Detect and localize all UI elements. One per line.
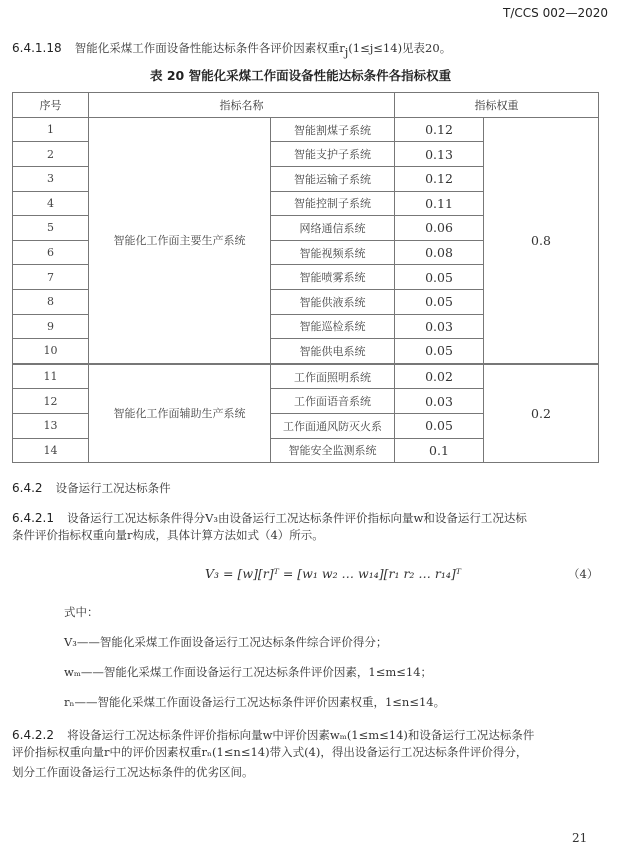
group-weight: 0.8 — [484, 117, 599, 363]
table-row: 11 智能化工作面辅助生产系统 工作面照明系统 0.02 0.2 — [13, 364, 599, 389]
row-seq: 6 — [13, 240, 89, 265]
row-subsystem: 工作面照明系统 — [271, 364, 395, 389]
row-seq: 8 — [13, 289, 89, 314]
row-weight: 0.06 — [395, 216, 484, 241]
row-subsystem: 工作面语音系统 — [271, 389, 395, 414]
row-seq: 7 — [13, 265, 89, 290]
table-row: 1 智能化工作面主要生产系统 智能割煤子系统 0.12 0.8 — [13, 117, 599, 142]
row-weight: 0.13 — [395, 142, 484, 167]
where-item: V₃——智能化采煤工作面设备运行工况达标条件综合评价得分； — [64, 634, 387, 650]
row-seq: 4 — [13, 191, 89, 216]
row-seq: 9 — [13, 314, 89, 339]
row-weight: 0.12 — [395, 117, 484, 142]
row-weight: 0.03 — [395, 314, 484, 339]
clause-text: 智能化采煤工作面设备性能达标条件各评价因素权重r — [75, 41, 345, 55]
row-subsystem: 智能视频系统 — [271, 240, 395, 265]
row-seq: 14 — [13, 438, 89, 463]
row-seq: 3 — [13, 166, 89, 191]
row-weight: 0.05 — [395, 289, 484, 314]
clause-title: 设备运行工况达标条件 — [56, 481, 171, 495]
document-id: T/CCS 002—2020 — [503, 6, 608, 20]
clause-6-4-2-1: 6.4.2.1 设备运行工况达标条件得分V₃由设备运行工况达标条件评价指标向量w… — [12, 507, 527, 526]
row-seq: 5 — [13, 216, 89, 241]
clause-line-2: 条件评价指标权重向量r构成，具体计算方法如式（4）所示。 — [12, 527, 324, 543]
group-name: 智能化工作面辅助生产系统 — [89, 364, 271, 463]
row-weight: 0.11 — [395, 191, 484, 216]
row-weight: 0.05 — [395, 339, 484, 364]
row-subsystem: 智能割煤子系统 — [271, 117, 395, 142]
row-weight: 0.08 — [395, 240, 484, 265]
row-subsystem: 智能安全监测系统 — [271, 438, 395, 463]
row-subsystem: 智能供电系统 — [271, 339, 395, 364]
clause-number: 6.4.2.1 — [12, 511, 54, 525]
clause-number: 6.4.2.2 — [12, 728, 54, 742]
clause-number: 6.4.2 — [12, 481, 43, 495]
row-subsystem: 智能巡检系统 — [271, 314, 395, 339]
row-weight: 0.02 — [395, 364, 484, 389]
row-weight: 0.1 — [395, 438, 484, 463]
row-seq: 12 — [13, 389, 89, 414]
clause-line-1: 将设备运行工况达标条件评价指标向量w中评价因素wₘ(1≤m≤14)和设备运行工况… — [67, 728, 534, 742]
row-subsystem: 智能控制子系统 — [271, 191, 395, 216]
where-title: 式中： — [64, 604, 99, 620]
table-header-row: 序号 指标名称 指标权重 — [13, 93, 599, 118]
clause-6-4-1-18: 6.4.1.18 智能化采煤工作面设备性能达标条件各评价因素权重rj(1≤j≤1… — [12, 37, 451, 59]
clause-line-1: 设备运行工况达标条件得分V₃由设备运行工况达标条件评价指标向量w和设备运行工况达… — [67, 511, 527, 525]
clause-text-after: (1≤j≤14)见表20。 — [348, 41, 451, 55]
where-item: rₙ——智能化采煤工作面设备运行工况达标条件评价因素权重，1≤n≤14。 — [64, 694, 445, 710]
row-subsystem: 网络通信系统 — [271, 216, 395, 241]
row-weight: 0.05 — [395, 265, 484, 290]
page-number: 21 — [572, 831, 587, 845]
row-subsystem: 智能供液系统 — [271, 289, 395, 314]
clause-number: 6.4.1.18 — [12, 41, 62, 55]
header-seq: 序号 — [13, 93, 89, 118]
weights-table: 序号 指标名称 指标权重 1 智能化工作面主要生产系统 智能割煤子系统 0.12… — [12, 92, 599, 463]
clause-6-4-2: 6.4.2 设备运行工况达标条件 — [12, 477, 171, 496]
header-name: 指标名称 — [89, 93, 395, 118]
group-weight: 0.2 — [484, 364, 599, 463]
clause-line-2: 评价指标权重向量r中的评价因素权重rₙ(1≤n≤14)带入式(4)，得出设备运行… — [12, 744, 527, 760]
row-subsystem: 智能喷雾系统 — [271, 265, 395, 290]
row-weight: 0.03 — [395, 389, 484, 414]
row-subsystem: 智能运输子系统 — [271, 166, 395, 191]
row-seq: 11 — [13, 364, 89, 389]
clause-6-4-2-2: 6.4.2.2 将设备运行工况达标条件评价指标向量w中评价因素wₘ(1≤m≤14… — [12, 724, 534, 743]
row-seq: 2 — [13, 142, 89, 167]
row-seq: 1 — [13, 117, 89, 142]
header-weight: 指标权重 — [395, 93, 599, 118]
row-seq: 13 — [13, 413, 89, 438]
row-subsystem: 智能支护子系统 — [271, 142, 395, 167]
row-weight: 0.05 — [395, 413, 484, 438]
where-item: wₘ——智能化采煤工作面设备运行工况达标条件评价因素，1≤m≤14； — [64, 664, 432, 680]
row-seq: 10 — [13, 339, 89, 364]
table-caption: 表 20 智能化采煤工作面设备性能达标条件各指标权重 — [150, 66, 451, 84]
row-subsystem: 工作面通风防灭火系 — [271, 413, 395, 438]
equation-formula: V₃ = [w][r]ᵀ = [w₁ w₂ … w₁₄][r₁ r₂ … r₁₄… — [205, 566, 461, 581]
group-name: 智能化工作面主要生产系统 — [89, 117, 271, 363]
clause-line-3: 划分工作面设备运行工况达标条件的优劣区间。 — [12, 764, 254, 780]
equation-label: （4） — [568, 566, 598, 582]
row-weight: 0.12 — [395, 166, 484, 191]
